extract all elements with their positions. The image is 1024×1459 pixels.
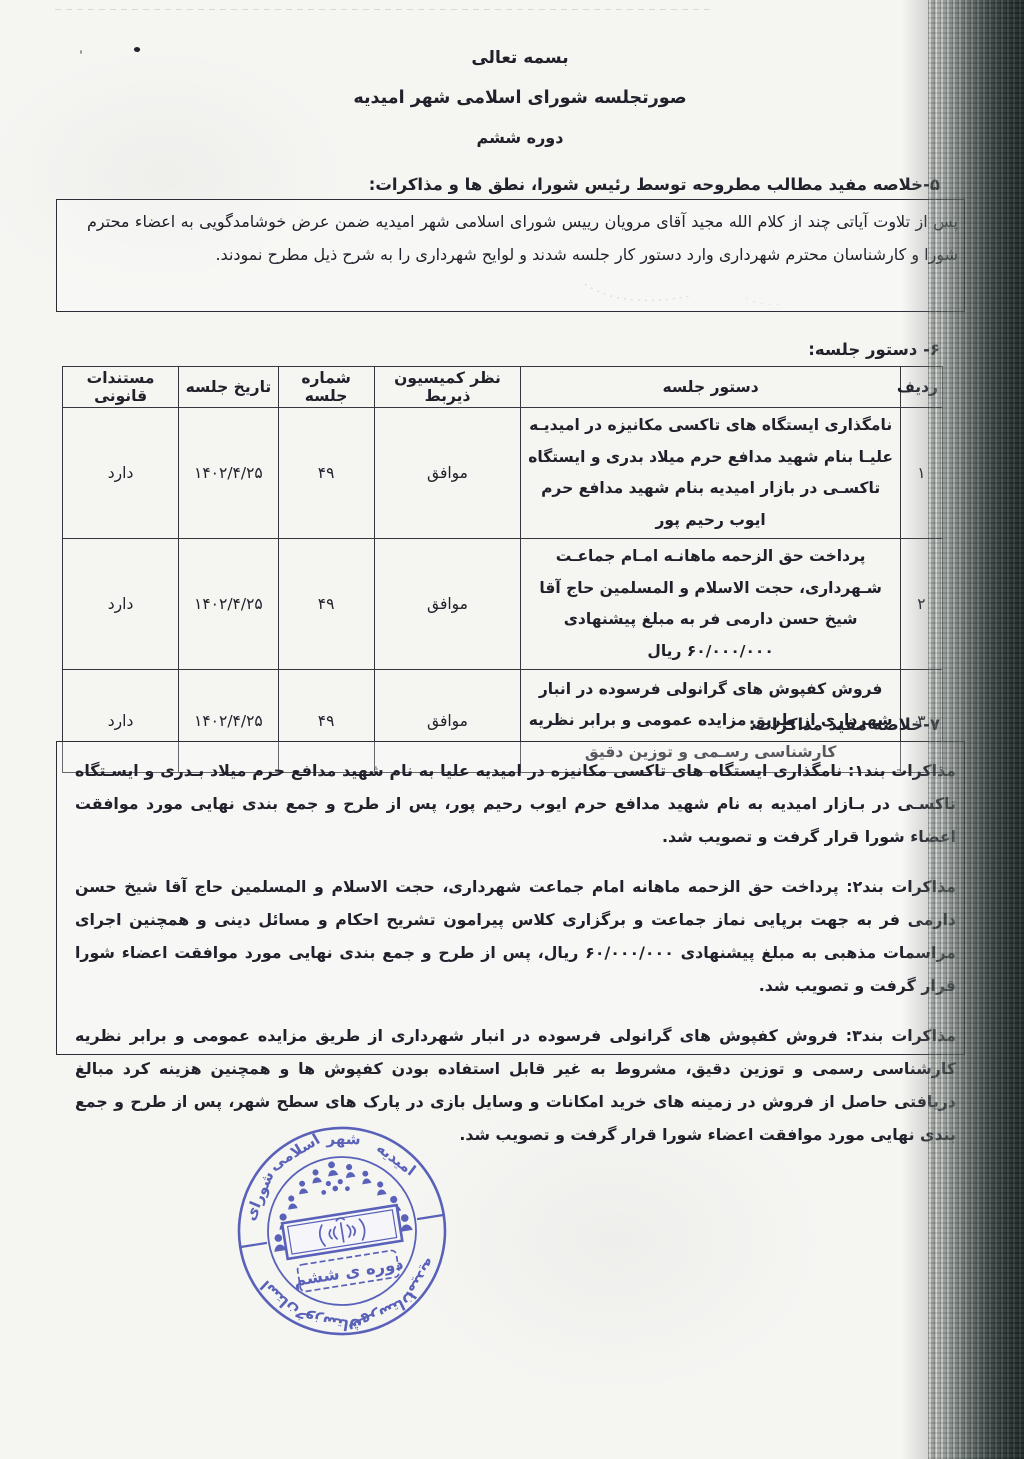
discussion-paragraph-1: مذاکرات بند۱: نامگذاری ایستگاه های تاکسی… — [75, 754, 956, 853]
cell-agenda: نامگذاری ایستگاه های تاکسی مکانیزه در ام… — [521, 408, 900, 539]
table-row: ۱ نامگذاری ایستگاه های تاکسی مکانیزه در … — [63, 408, 943, 539]
section5-body: پس از تلاوت آیاتی چند از کلام الله مجید … — [87, 205, 958, 271]
col-header-session-date: تاریخ جلسه — [179, 367, 278, 408]
col-header-session-no: شماره جلسه — [278, 367, 374, 408]
cell-commission-opinion: موافق — [374, 408, 521, 539]
page-title: صورتجلسه شورای اسلامی شهر امیدیه — [40, 88, 1000, 108]
cell-session-date: ۱۴۰۲/۴/۲۵ — [179, 408, 278, 539]
stamp-term-text: دوره ی ششم — [292, 1254, 404, 1291]
discussion-paragraph-3: مذاکرات بند۳: فروش کفپوش های گرانولی فرس… — [75, 1019, 956, 1151]
council-stamp-seal: شورای اسلامی شهر امیدیه استان خوزستان شه… — [222, 1118, 462, 1358]
cell-session-no: ۴۹ — [278, 408, 374, 539]
stamp-right-dash — [417, 1215, 445, 1219]
stamp-banner — [282, 1205, 402, 1259]
cell-session-no: ۴۹ — [278, 539, 374, 670]
cell-legal-docs: دارد — [63, 408, 179, 539]
cell-legal-docs: دارد — [63, 539, 179, 670]
agenda-table: ردیف دستور جلسه نظر کمیسیون ذیربط شماره … — [62, 366, 943, 773]
binding-edge — [928, 0, 1024, 1459]
scan-edge-line — [55, 9, 715, 10]
col-header-agenda: دستور جلسه — [521, 367, 900, 408]
section5-heading: ۵-خلاصه مفید مطالب مطروحه توسط رئیس شورا… — [369, 175, 940, 194]
col-header-commission-opinion: نظر کمیسیون ذیربط — [374, 367, 521, 408]
cell-agenda: پرداخت حق الزحمه ماهانـه امـام جماعـت شـ… — [521, 539, 900, 670]
section7-box: مذاکرات بند۱: نامگذاری ایستگاه های تاکسی… — [56, 741, 965, 1055]
council-term: دوره ششم — [40, 128, 1000, 147]
cell-session-date: ۱۴۰۲/۴/۲۵ — [179, 539, 278, 670]
stamp-bottom-word: شهرستان — [345, 1290, 419, 1338]
agenda-table-header-row: ردیف دستور جلسه نظر کمیسیون ذیربط شماره … — [63, 367, 943, 408]
stamp-top-word: شهر — [325, 1130, 360, 1149]
cell-commission-opinion: موافق — [374, 539, 521, 670]
scanned-meeting-minutes-page: بسمه تعالی صورتجلسه شورای اسلامی شهر امی… — [0, 0, 1024, 1459]
bismillah-line: بسمه تعالی — [40, 48, 1000, 68]
table-row: ۲ پرداخت حق الزحمه ماهانـه امـام جماعـت … — [63, 539, 943, 670]
stamp-left-dash — [239, 1243, 267, 1247]
col-header-legal-docs: مستندات قانونی — [63, 367, 179, 408]
section5-box: پس از تلاوت آیاتی چند از کلام الله مجید … — [56, 199, 965, 312]
discussion-paragraph-2: مذاکرات بند۲: پرداخت حق الزحمه ماهانه ام… — [75, 870, 956, 1002]
council-stamp: شورای اسلامی شهر امیدیه استان خوزستان شه… — [222, 1118, 462, 1358]
